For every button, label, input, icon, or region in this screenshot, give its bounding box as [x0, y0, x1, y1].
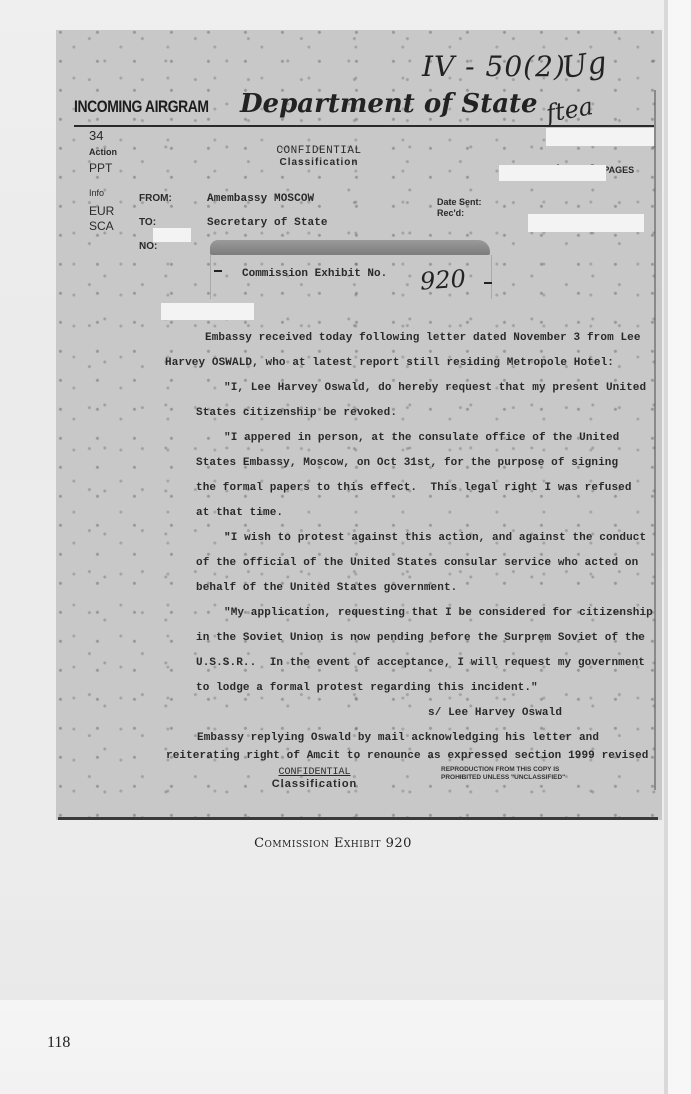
header-divider	[74, 125, 654, 127]
to-label: TO:	[139, 217, 156, 228]
classification-label: Classification	[241, 157, 397, 168]
department-heading: Department of State	[240, 89, 538, 119]
form-type-heading: INCOMING AIRGRAM	[74, 97, 209, 117]
exhibit-stamp-dash	[484, 282, 492, 284]
signature-line: s/ Lee Harvey Oswald	[428, 707, 562, 719]
body-line: Harvey OSWALD, who at latest report stil…	[165, 357, 614, 369]
handwritten-initials: Ug	[560, 45, 609, 86]
body-line: Embassy received today following letter …	[205, 332, 641, 344]
classification-label: Classification	[232, 778, 397, 790]
handwritten-exhibit-number: 920	[419, 264, 467, 295]
body-line: States citizenship be revoked.	[196, 407, 397, 419]
action-number: 34	[89, 128, 103, 143]
reproduction-notice-line: REPRODUCTION FROM THIS COPY IS	[441, 766, 565, 774]
received-label: Rec'd:	[437, 208, 464, 218]
body-line: reiterating right of Amcit to renounce a…	[166, 750, 648, 762]
date-sent-label: Date Sent:	[437, 197, 482, 207]
classification-level: CONFIDENTIAL	[232, 767, 397, 778]
pages-label: PAGES	[603, 165, 634, 175]
info-value: EUR	[89, 204, 114, 218]
body-line: Embassy replying Oswald by mail acknowle…	[197, 732, 599, 744]
redaction	[499, 165, 606, 181]
caption-number: 920	[386, 836, 412, 851]
scan-edge-line	[654, 90, 656, 790]
page-number: 118	[47, 1034, 70, 1052]
classification-top: CONFIDENTIAL Classification	[241, 145, 397, 168]
exhibit-stamp-tab	[210, 240, 490, 255]
body-line: behalf of the United States government.	[196, 582, 457, 594]
from-value: Amembassy MOSCOW	[207, 193, 314, 205]
action-value: PPT	[89, 161, 112, 175]
body-line: to lodge a formal protest regarding this…	[196, 682, 538, 694]
page-edge-shadow	[664, 0, 668, 1094]
handwritten-initials-second: ftea	[544, 92, 595, 128]
scan-bottom-rule	[58, 817, 658, 820]
redaction	[528, 214, 644, 232]
book-page: IV - 50(2) Ug ftea INCOMING AIRGRAM Depa…	[0, 0, 666, 1094]
body-line: "My application, requesting that I be co…	[224, 607, 653, 619]
body-line: at that time.	[196, 507, 283, 519]
exhibit-stamp-dash	[214, 270, 222, 272]
redaction	[153, 228, 191, 242]
exhibit-stamp-label: Commission Exhibit No.	[242, 268, 387, 280]
body-line: "I appered in person, at the consulate o…	[224, 432, 619, 444]
action-label: Action	[89, 147, 117, 157]
redaction	[161, 303, 254, 320]
body-line: in the Soviet Union is now pending befor…	[196, 632, 645, 644]
classification-level: CONFIDENTIAL	[241, 145, 397, 157]
info-value: SCA	[89, 219, 114, 233]
reproduction-notice-line: PROHIBITED UNLESS "UNCLASSIFIED"	[441, 774, 565, 782]
classification-bottom: CONFIDENTIAL Classification	[232, 767, 397, 790]
body-line: "I, Lee Harvey Oswald, do hereby request…	[224, 382, 646, 394]
body-line: "I wish to protest against this action, …	[224, 532, 646, 544]
scanned-airgram: IV - 50(2) Ug ftea INCOMING AIRGRAM Depa…	[56, 30, 662, 820]
caption-prefix: Commission Exhibit	[254, 836, 381, 851]
number-label: NO:	[139, 241, 157, 252]
body-line: U.S.S.R.. In the event of acceptance, I …	[196, 657, 645, 669]
handwritten-file-code: IV - 50(2)	[422, 50, 566, 83]
info-label: Info	[89, 188, 104, 198]
body-line: of the official of the United States con…	[196, 557, 638, 569]
to-value: Secretary of State	[207, 217, 328, 229]
body-line: States Embassy, Moscow, on Oct 31st, for…	[196, 457, 618, 469]
from-label: FROM:	[139, 193, 172, 204]
exhibit-caption: Commission Exhibit 920	[0, 836, 666, 851]
body-line: the formal papers to this effect. This l…	[196, 482, 632, 494]
redaction	[546, 128, 654, 146]
reproduction-notice: REPRODUCTION FROM THIS COPY IS PROHIBITE…	[441, 766, 565, 782]
